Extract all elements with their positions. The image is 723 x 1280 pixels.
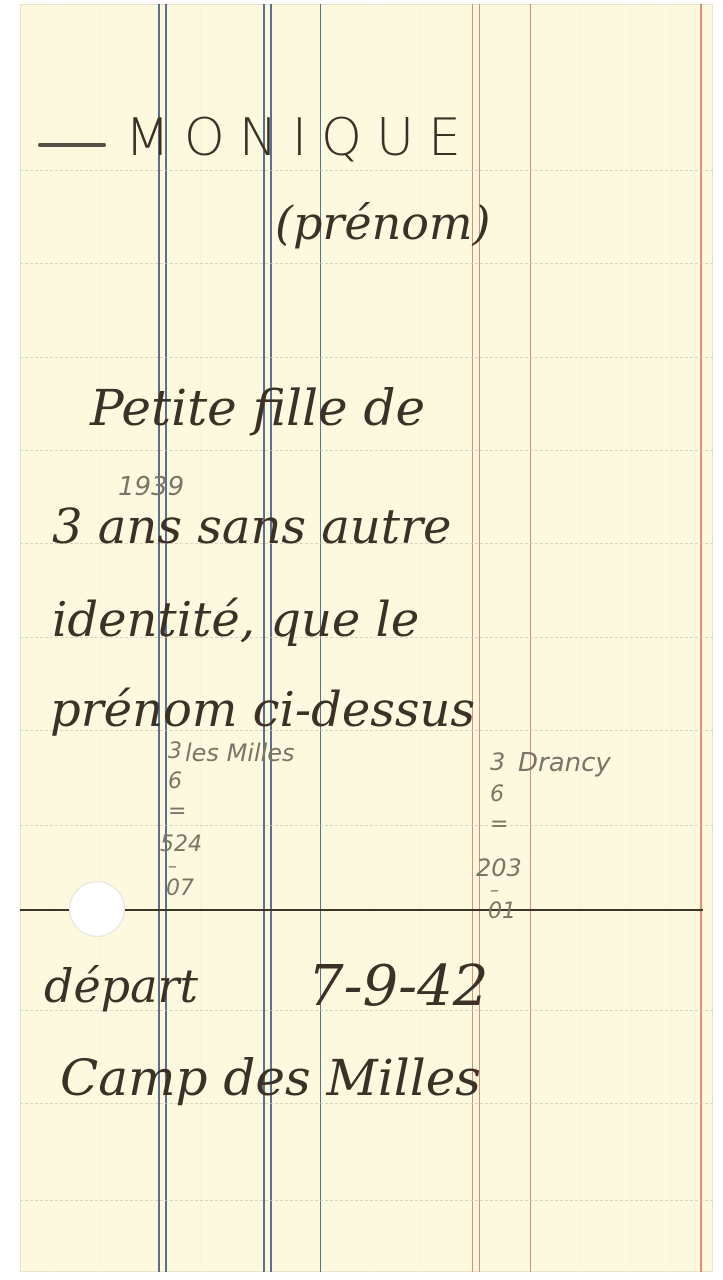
dash-mark <box>38 143 106 147</box>
body-line-3: identité, que le <box>52 592 419 648</box>
pencil-year: 1939 <box>118 472 184 502</box>
departure-label: départ <box>44 959 198 1013</box>
body-line-1: Petite fille de <box>90 379 425 437</box>
body-line-4: prénom ci-dessus <box>50 682 475 738</box>
red-margin-line <box>700 4 702 1272</box>
name-note: (prénom) <box>275 196 491 250</box>
camp-name: Camp des Milles <box>60 1049 481 1107</box>
index-card: MONIQUE (prénom) Petite fille de 1939 3 … <box>20 4 713 1272</box>
surname-heading: MONIQUE <box>125 108 475 168</box>
body-line-2: 3 ans sans autre <box>52 499 451 555</box>
punch-hole <box>69 881 125 937</box>
red-margin-line <box>530 4 531 1272</box>
departure-date: 7-9-42 <box>308 954 488 1019</box>
